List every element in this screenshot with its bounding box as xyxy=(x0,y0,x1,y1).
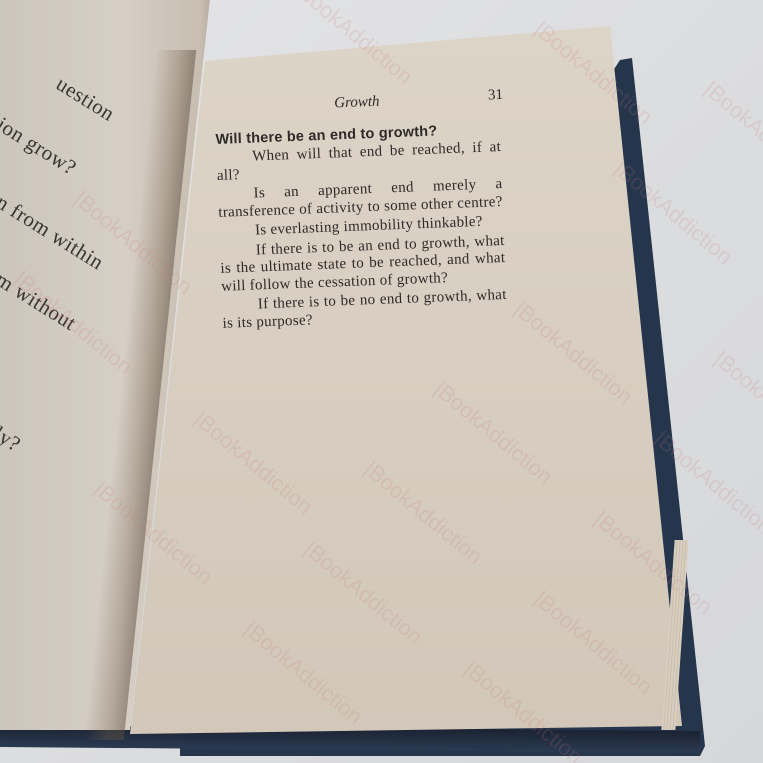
right-page-content: Growth 31 Will there be an end to growth… xyxy=(214,89,508,333)
watermark: |BookAddiction xyxy=(699,76,763,190)
book-photo: uestion ion grow? pansion from within ev… xyxy=(0,0,763,763)
paragraph: If there is to be an end to growth, what… xyxy=(220,232,507,295)
page-number: 31 xyxy=(488,87,504,105)
watermark: |BookAddiction xyxy=(709,346,763,460)
running-title: Growth xyxy=(334,94,380,113)
